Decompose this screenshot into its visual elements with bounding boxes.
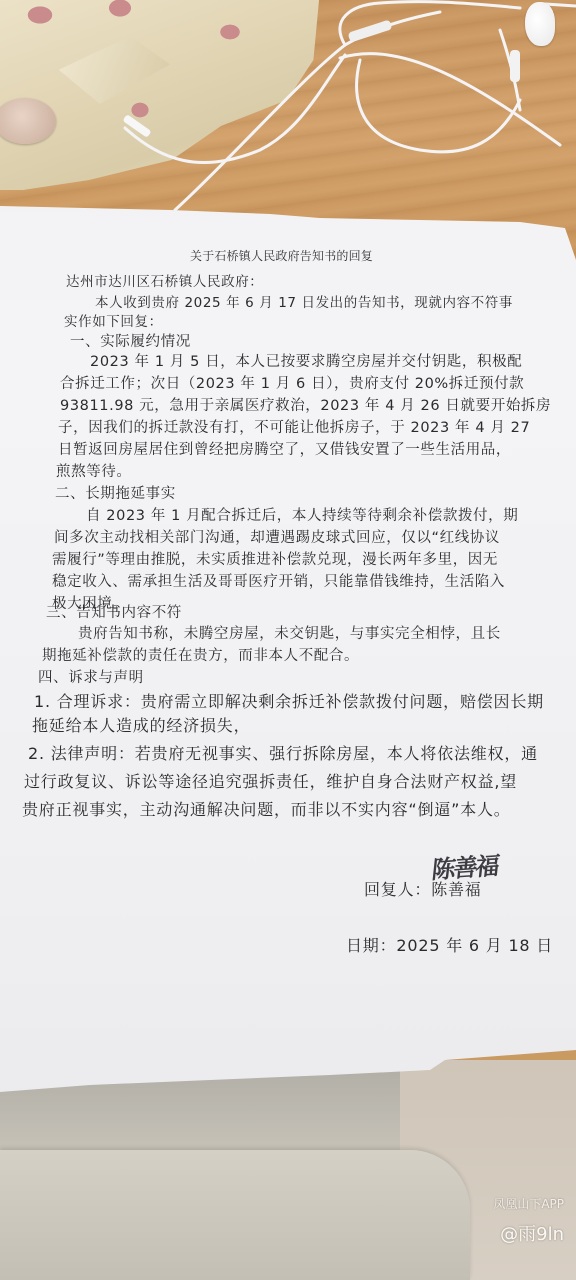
watermark-app-name: 凤凰山下APP (493, 1195, 564, 1212)
letter: 关于石桥镇人民政府告知书的回复 达州市达川区石桥镇人民政府： 本人收到贵府 20… (0, 0, 576, 1280)
section-line: 间多次主动找相关部门沟通，却遭遇踢皮球式回应，仅以“红线协议 (54, 528, 500, 548)
section-line: 贵府正视事实，主动沟通解决问题，而非以不实内容“倒逼”本人。 (22, 800, 511, 820)
section-line: 自 2023 年 1 月配合拆迁后，本人持续等待剩余补偿款拨付，期 (86, 506, 518, 526)
section-line: 93811.98 元，急用于亲属医疗救治，2023 年 4 月 26 日就要开始… (60, 396, 551, 416)
section-line: 1. 合理诉求：贵府需立即解决剩余拆迁补偿款拨付问题，赔偿因长期 (34, 692, 544, 712)
section-line: 合拆迁工作；次日（2023 年 1 月 6 日），贵府支付 20%拆迁预付款 (60, 374, 524, 394)
section-heading: 三、告知书内容不符 (46, 603, 182, 623)
section-line: 拖延给本人造成的经济损失， (32, 716, 250, 736)
section-line: 2. 法律声明：若贵府无视事实、强行拆除房屋，本人将依法维权，通 (28, 744, 538, 764)
letter-salutation: 达州市达川区石桥镇人民政府： (66, 272, 263, 292)
section-line: 需履行”等理由推脱，未实质推进补偿款兑现，漫长两年多里，因无 (52, 550, 498, 570)
section-line: 煎熬等待。 (56, 462, 132, 482)
intro-line: 本人收到贵府 2025 年 6 月 17 日发出的告知书，现就内容不符事 (95, 293, 513, 313)
intro-line: 实作如下回复： (64, 312, 163, 332)
section-heading: 四、诉求与声明 (38, 668, 144, 688)
section-line: 贵府告知书称，未腾空房屋，未交钥匙，与事实完全相悖，且长 (78, 624, 501, 644)
section-heading: 二、长期拖延事实 (55, 484, 176, 504)
replier-label: 回复人：陈善福 (364, 880, 482, 900)
section-line: 期拖延补偿款的责任在贵方，而非本人不配合。 (42, 646, 359, 666)
section-line: 过行政复议、诉讼等途径追究强拆责任，维护自身合法财产权益,望 (24, 772, 517, 792)
letter-title: 关于石桥镇人民政府告知书的回复 (190, 246, 373, 266)
section-line: 稳定收入、需承担生活及哥哥医疗开销，只能靠借钱维持，生活陷入 (52, 572, 505, 592)
section-line: 子，因我们的拆迁款没有打，不可能让他拆房子，于 2023 年 4 月 27 (58, 418, 530, 438)
watermark-username: @雨9ln (500, 1220, 564, 1246)
date-label: 日期：2025 年 6 月 18 日 (346, 936, 553, 956)
section-heading: 一、实际履约情况 (70, 332, 191, 352)
section-line: 日暂返回房屋居住到曾经把房腾空了，又借钱安置了一些生活用品， (58, 440, 511, 460)
section-line: 2023 年 1 月 5 日，本人已按要求腾空房屋并交付钥匙，积极配 (90, 352, 522, 372)
